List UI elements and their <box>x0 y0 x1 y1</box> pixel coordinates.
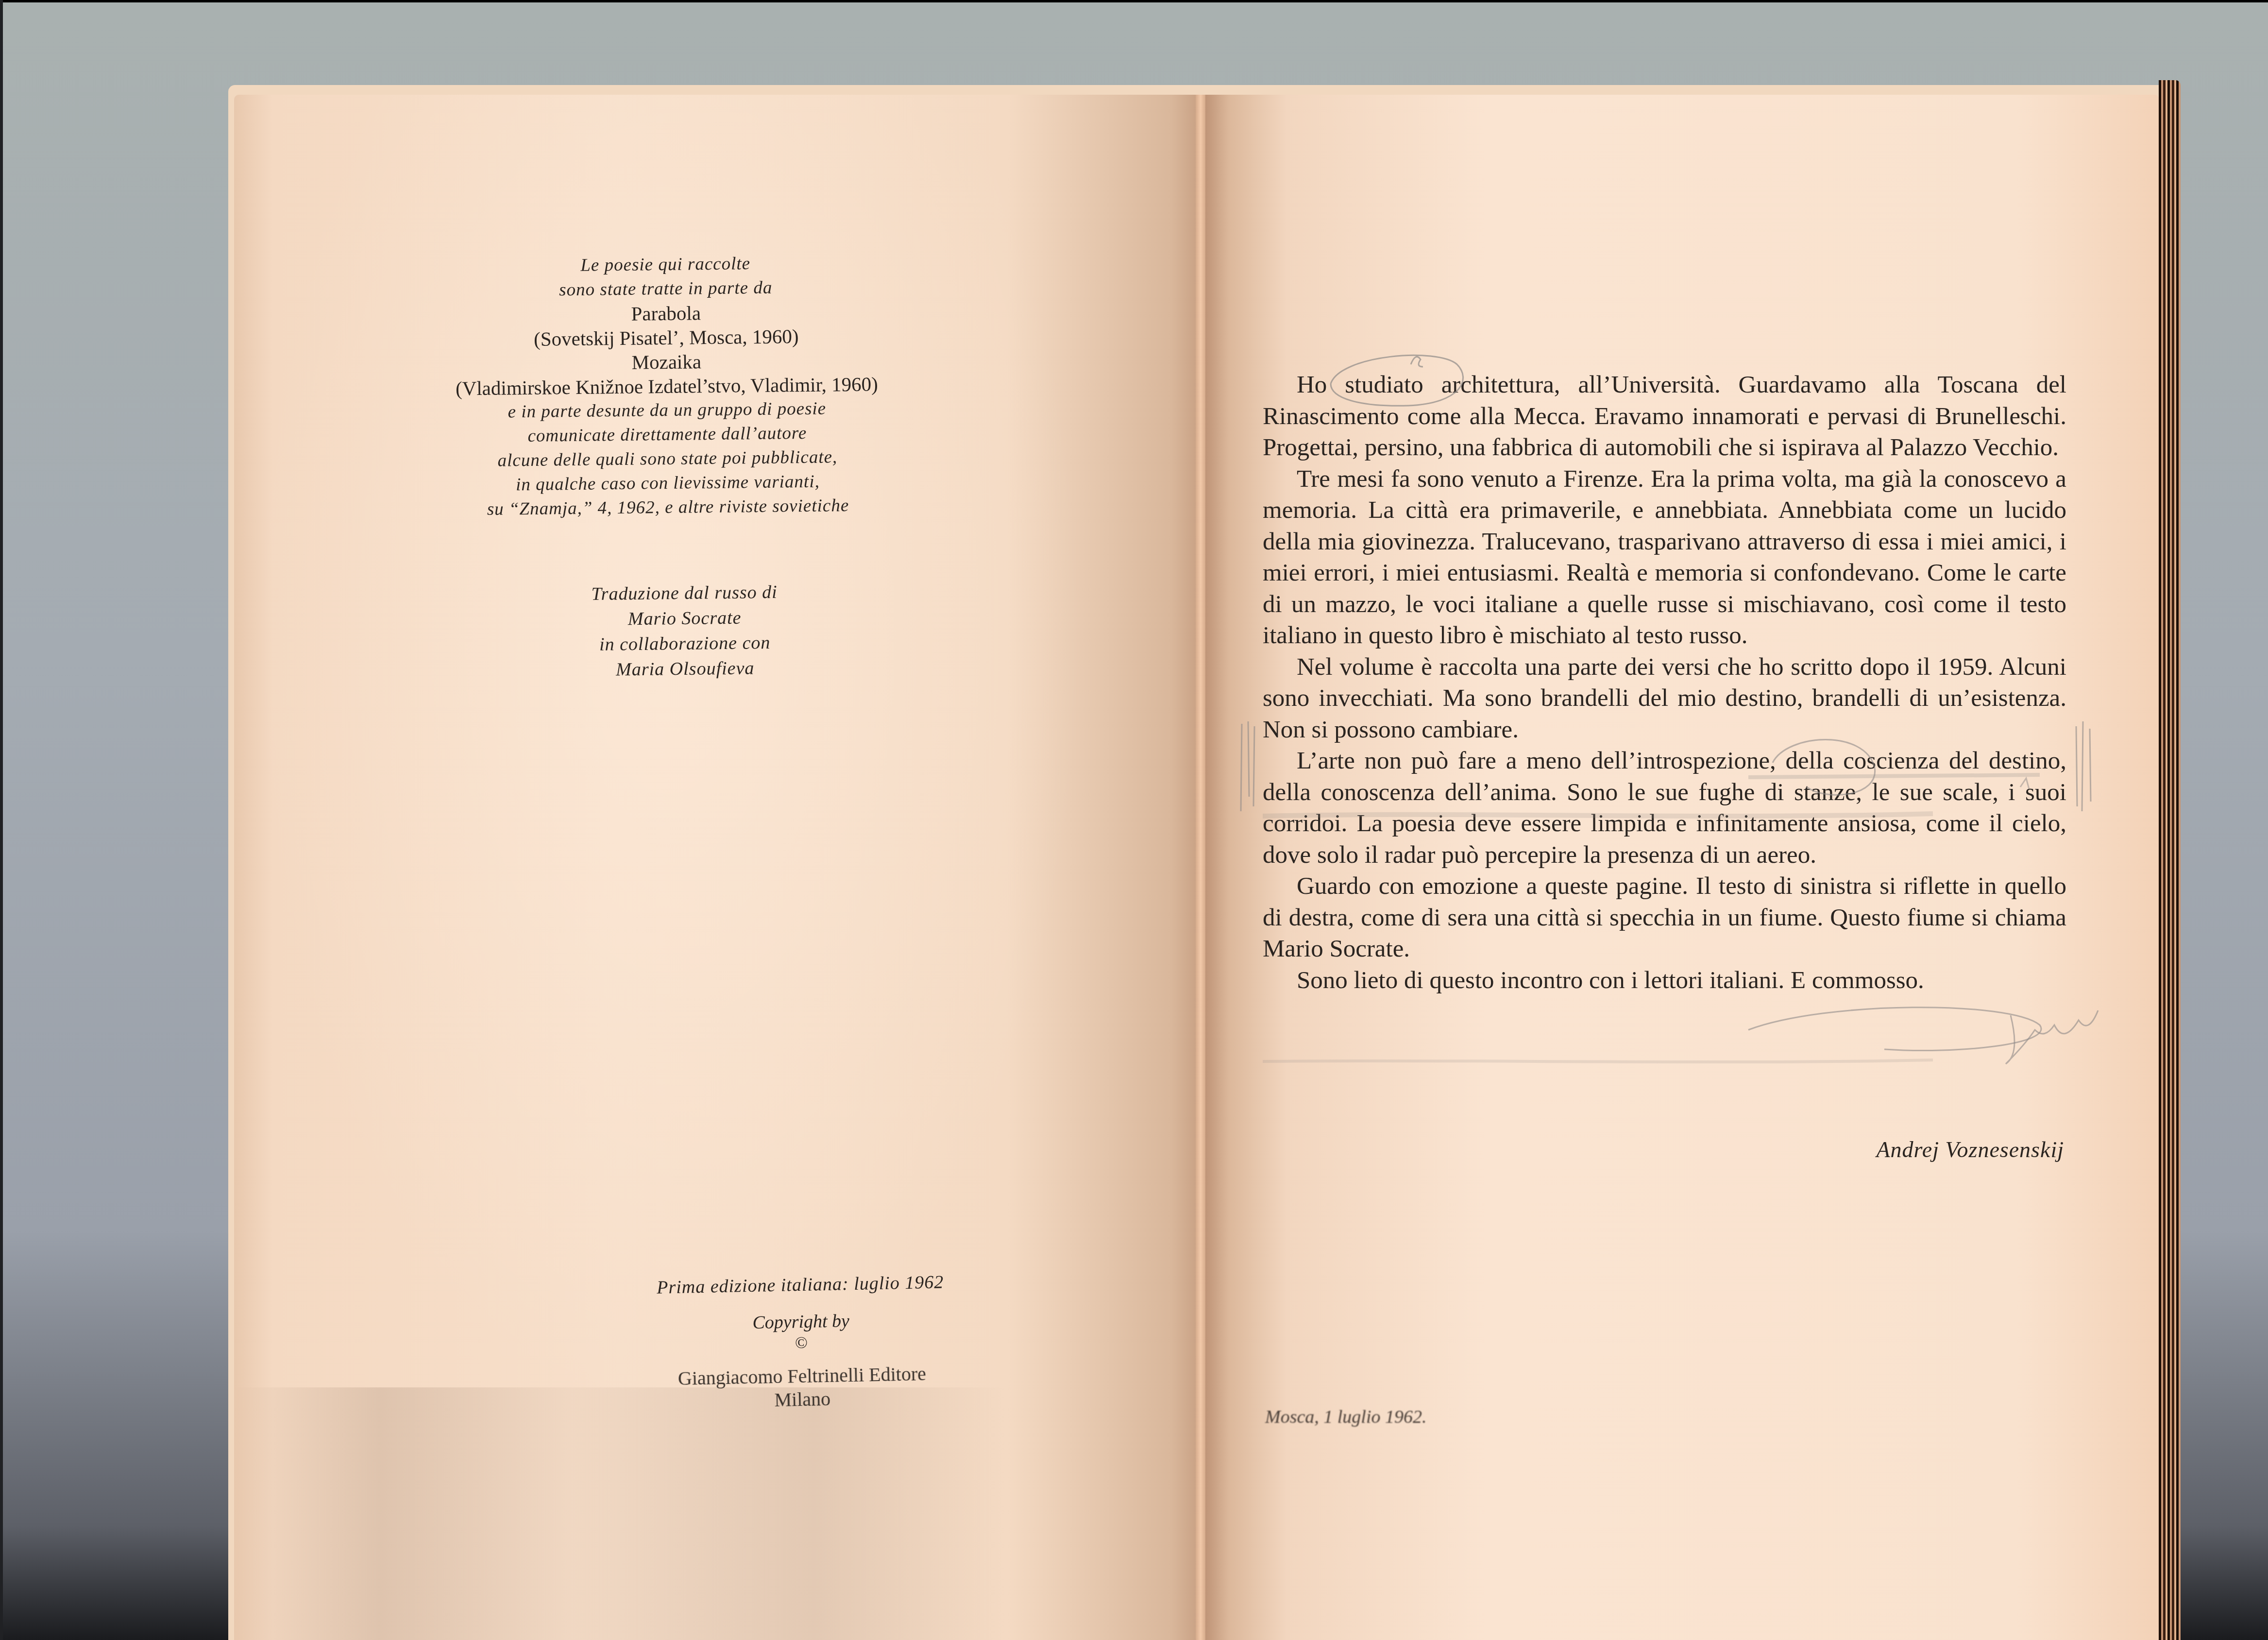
preface-paragraph: Tre mesi fa sono venuto a Firenze. Era l… <box>1263 463 2066 651</box>
preface-paragraph: Sono lieto di questo incontro con i lett… <box>1263 965 2066 996</box>
author-signature: Andrej Voznesenskij <box>1773 1137 2064 1162</box>
collaboration-label: in collaborazione con <box>549 630 821 658</box>
translator-name: Mario Socrate <box>548 604 821 632</box>
colophon-block: Le poesie qui raccolte sono state tratte… <box>272 249 1062 524</box>
translation-credit: Traduzione dal russo di Mario Socrate in… <box>548 579 821 683</box>
preface-paragraph: Ho studiato architettura, all’Università… <box>1263 369 2066 463</box>
collaborator-name: Maria Olsoufieva <box>549 655 822 683</box>
book-gutter <box>1196 95 1205 1640</box>
scan-top-border <box>0 0 2268 2</box>
scan-left-border <box>0 0 3 1640</box>
page-stack-edge <box>2159 80 2181 1640</box>
translation-label: Traduzione dal russo di <box>548 579 821 607</box>
preface-paragraph: Guardo con emozione a queste pagine. Il … <box>1263 871 2066 965</box>
dateline: Mosca, 1 luglio 1962. <box>1265 1406 1426 1428</box>
preface-paragraph: L’arte non può fare a meno dell’introspe… <box>1263 745 2066 871</box>
preface-paragraph: Nel volume è raccolta una parte dei vers… <box>1263 651 2066 746</box>
preface-text: Ho studiato architettura, all’Università… <box>1263 369 2066 996</box>
imprint-block: Prima edizione italiana: luglio 1962 Cop… <box>601 1266 1001 1415</box>
